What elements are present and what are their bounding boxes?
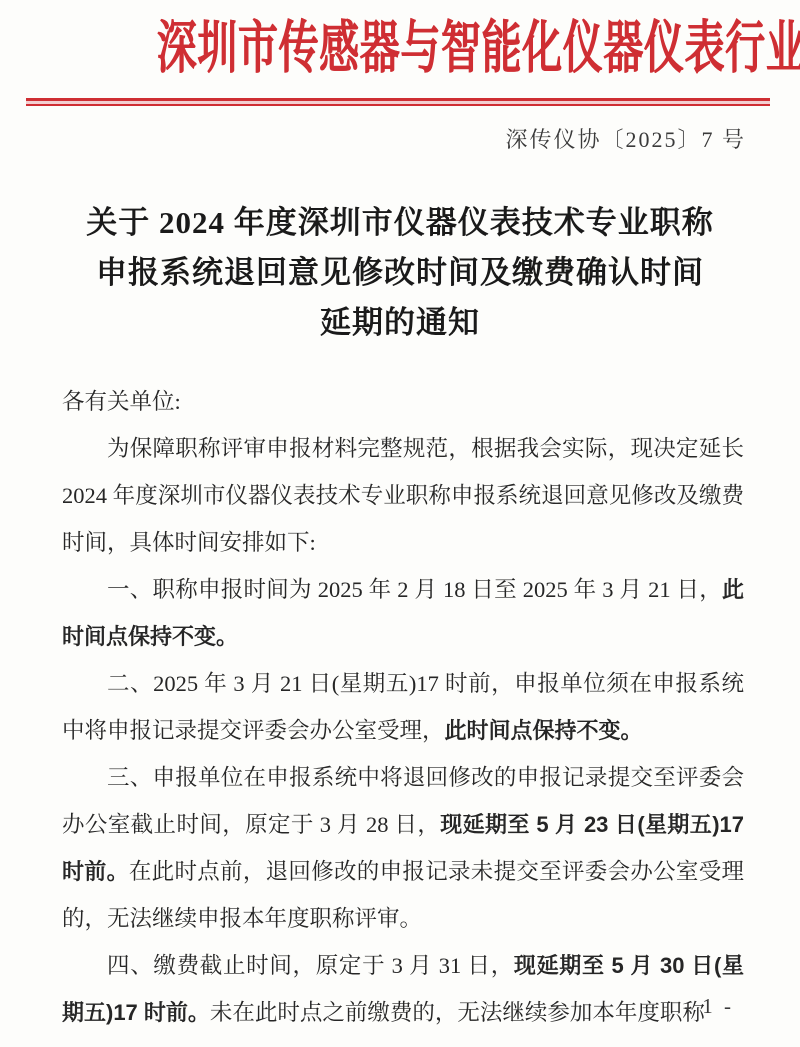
paragraph-item-1: 一、职称申报时间为 2025 年 2 月 18 日至 2025 年 3 月 21… xyxy=(62,566,744,660)
paragraph-text: 一、职称申报时间为 2025 年 2 月 18 日至 2025 年 3 月 21… xyxy=(107,577,722,602)
salutation: 各有关单位: xyxy=(62,378,744,425)
document-number: 深传仪协〔2025〕7 号 xyxy=(0,123,800,154)
notice-title-line-3: 延期的通知 xyxy=(0,298,800,348)
paragraph-item-2: 二、2025 年 3 月 21 日(星期五)17 时前，申报单位须在申报系统中将… xyxy=(62,660,744,754)
notice-title-line-2: 申报系统退回意见修改时间及缴费确认时间 xyxy=(0,248,800,298)
paragraph-text: 在此时点前，退回修改的申报记录未提交至评委会办公室受理的，无法继续申报本年度职称… xyxy=(62,859,744,931)
paragraph-text: 为保障职称评审申报材料完整规范，根据我会实际，现决定延长 2024 年度深圳市仪… xyxy=(62,436,744,555)
notice-body: 各有关单位: 为保障职称评审申报材料完整规范，根据我会实际，现决定延长 2024… xyxy=(62,378,744,1036)
letterhead-banner: 深圳市传感器与智能化仪器仪表行业协会 xyxy=(0,12,800,84)
paragraph-bold-text: 此时间点保持不变。 xyxy=(445,718,643,743)
organization-name: 深圳市传感器与智能化仪器仪表行业协会 xyxy=(157,12,800,84)
paragraph-text: 四、缴费截止时间，原定于 3 月 31 日， xyxy=(107,953,514,978)
paragraph-intro: 为保障职称评审申报材料完整规范，根据我会实际，现决定延长 2024 年度深圳市仪… xyxy=(62,425,744,566)
notice-title: 关于 2024 年度深圳市仪器仪表技术专业职称 申报系统退回意见修改时间及缴费确… xyxy=(0,198,800,348)
document-page: 深圳市传感器与智能化仪器仪表行业协会 深传仪协〔2025〕7 号 关于 2024… xyxy=(0,0,800,1047)
paragraph-text: 未在此时点之前缴费的，无法继续参加本年度职称 xyxy=(210,1000,705,1025)
notice-title-line-1: 关于 2024 年度深圳市仪器仪表技术专业职称 xyxy=(0,198,800,248)
page-number: - 1 - xyxy=(684,994,734,1019)
paragraph-item-3: 三、申报单位在申报系统中将退回修改的申报记录提交至评委会办公室截止时间，原定于 … xyxy=(62,754,744,942)
letterhead-divider xyxy=(26,98,770,106)
paragraph-item-4: 四、缴费截止时间，原定于 3 月 31 日，现延期至 5 月 30 日(星期五)… xyxy=(62,942,744,1036)
